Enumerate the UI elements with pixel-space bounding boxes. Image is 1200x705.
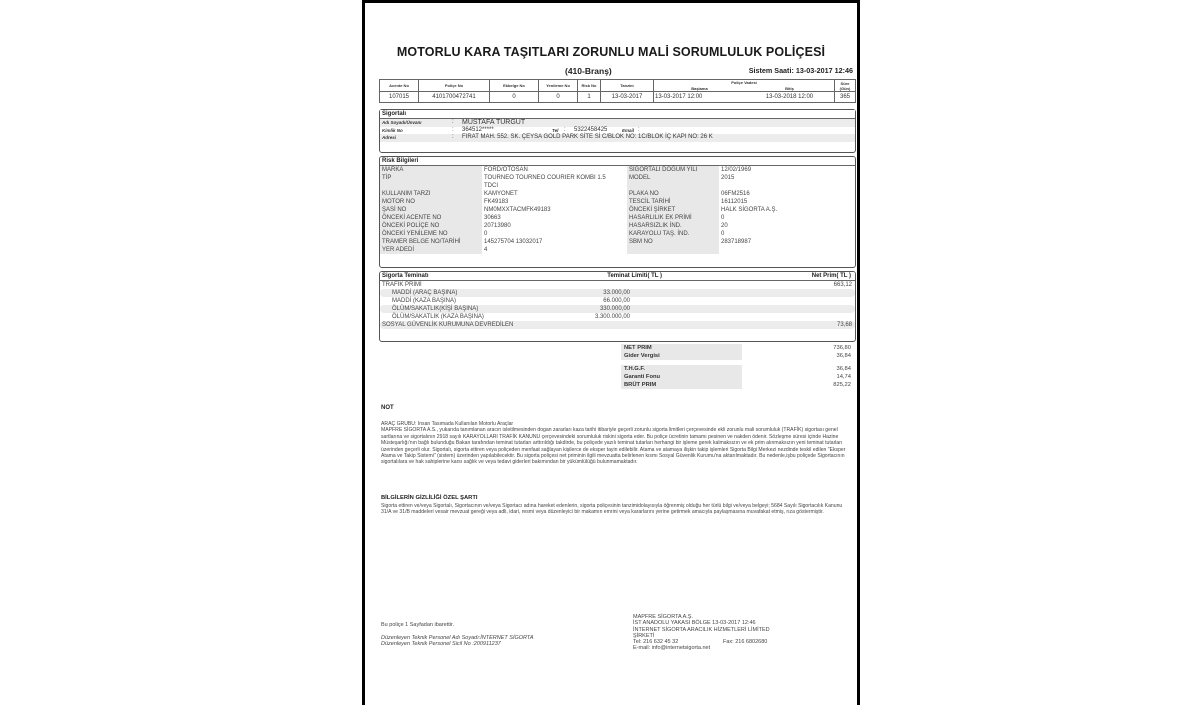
coverage-header-name: Sigorta Teminatı — [382, 273, 582, 279]
risk-label — [627, 182, 719, 190]
risk-value — [719, 246, 721, 254]
risk-value: NM0MXXTACMFK49183 — [482, 206, 627, 214]
summary-row: Garanti Fonu14,74 — [621, 373, 855, 381]
coverage-name: TRAFİK PRİMİ — [380, 281, 580, 289]
risk-label: ÖNCEKİ ŞİRKET — [627, 206, 719, 214]
risk-label: SBM NO — [627, 238, 719, 246]
agency-fax: Fax: 216 6802680 — [723, 639, 767, 645]
risk-value: 145275704 13032017 — [482, 238, 627, 246]
colon: : — [452, 134, 462, 142]
coverage-header: Sigorta Teminatı Teminat Limiti( TL ) Ne… — [380, 272, 855, 281]
risk-section-title: Risk Bilgileri — [380, 157, 855, 166]
agency-email[interactable]: E-mail: info@internetsigorta.net — [633, 645, 833, 651]
policy-no: 4101700472741 — [419, 92, 490, 103]
risk-label: MARKA — [380, 166, 482, 174]
risk-label: MOTOR NO — [380, 198, 482, 206]
summary-value: 14,74 — [742, 373, 855, 381]
risk-value: 20713980 — [482, 222, 627, 230]
issue-date: 13-03-2017 — [601, 92, 654, 103]
summary-row: NET PRIM736,80 — [621, 344, 855, 352]
risk-row: TİPTOURNEO TOURNEO COURIER KOMBI 1.5MODE… — [380, 174, 855, 182]
id-label: Kimlik No — [380, 127, 452, 135]
footer-pages: Bu poliçe 1 Sayfadan ibarettir. — [381, 622, 454, 628]
staff-name: Düzenleyen Teknik Personel Adı Soyadı:İN… — [381, 635, 534, 641]
document-title: MOTORLU KARA TAŞITLARI ZORUNLU MALİ SORU… — [365, 45, 857, 59]
risk-value: FORD/OTOSAN — [482, 166, 627, 174]
insured-name-row: Adı Soyadı/Ünvanı : MUSTAFA TURGUT — [380, 119, 855, 127]
risk-label — [380, 182, 482, 190]
coverage-name: MADDİ (KAZA BAŞINA) — [380, 297, 580, 305]
risk-row: ÖNCEKİ ACENTE NO30663HASARLILIK EK PRİMİ… — [380, 214, 855, 222]
risk-value: 20 — [719, 222, 728, 230]
risk-row: MOTOR NOFK49183TESCİL TARİHİ16112015 — [380, 198, 855, 206]
insured-name: MUSTAFA TURGUT — [462, 119, 525, 127]
notes-text: ARAÇ GRUBU: Insan Tasımada Kullanılan Mo… — [381, 421, 851, 466]
risk-no: 1 — [578, 92, 601, 103]
premium-summary: NET PRIM736,80Gider Vergisi36,84T.H.G.F.… — [621, 344, 855, 389]
risk-label: TESCİL TARİHİ — [627, 198, 719, 206]
coverage-limit: 33.000,00 — [580, 289, 630, 297]
coverage-name: ÖLÜM/SAKATLIK (KAZA BAŞINA) — [380, 313, 580, 321]
duration-days: 365 — [835, 92, 856, 103]
risk-row: KULLANIM TARZIKAMYONETPLAKA NO06FM2516 — [380, 190, 855, 198]
summary-label: NET PRIM — [621, 344, 742, 352]
risk-label: KARAYOLU TAŞ. İND. — [627, 230, 719, 238]
agency-no: 107015 — [380, 92, 419, 103]
insured-section-title: Sigortalı — [380, 110, 855, 119]
name-label: Adı Soyadı/Ünvanı — [380, 119, 452, 127]
summary-row: BRÜT PRIM825,22 — [621, 381, 855, 389]
coverage-row: ÖLÜM/SAKATLIK (KAZA BAŞINA)3.300.000,00 — [380, 313, 855, 321]
risk-label: YER ADEDİ — [380, 246, 482, 254]
coverage-row: SOSYAL GÜVENLİK KURUMUNA DEVREDİLEN73,68 — [380, 321, 855, 329]
renewal-no: 0 — [539, 92, 578, 103]
coverage-section: Sigorta Teminatı Teminat Limiti( TL ) Ne… — [379, 271, 856, 342]
summary-value: 36,84 — [742, 365, 855, 373]
notes-body: MAPFRE SİGORTA A.S., yukarıda tanımlanan… — [381, 427, 851, 465]
risk-label — [627, 246, 719, 254]
header-risk-no: Risk No — [578, 80, 601, 92]
colon: : — [452, 119, 462, 127]
coverage-limit — [580, 281, 630, 289]
colon: : — [452, 127, 462, 135]
coverage-premium — [630, 289, 855, 297]
risk-value: 30663 — [482, 214, 627, 222]
risk-value: 0 — [482, 230, 627, 238]
risk-section: Risk Bilgileri MARKAFORD/OTOSANSİGORTALI… — [379, 156, 856, 268]
risk-row: TRAMER BELGE NO/TARİHİ145275704 13032017… — [380, 238, 855, 246]
risk-value: 283718987 — [719, 238, 751, 246]
risk-label: KULLANIM TARZI — [380, 190, 482, 198]
risk-row: TDCI — [380, 182, 855, 190]
coverage-row: MADDİ (ARAÇ BAŞINA)33.000,00 — [380, 289, 855, 297]
insured-section: Sigortalı Adı Soyadı/Ünvanı : MUSTAFA TU… — [379, 109, 856, 153]
summary-label: T.H.G.F. — [621, 365, 742, 373]
coverage-name: ÖLÜM/SAKATLIK(KİŞİ BAŞINA) — [380, 305, 580, 313]
policy-page: MOTORLU KARA TAŞITLARI ZORUNLU MALİ SORU… — [362, 0, 860, 705]
risk-value — [719, 182, 721, 190]
endorsement-no: 0 — [490, 92, 539, 103]
header-renewal-no: Yenileme No — [539, 80, 578, 92]
coverage-row: MADDİ (KAZA BAŞINA)66.000,00 — [380, 297, 855, 305]
risk-row: ÖNCEKİ POLİÇE NO20713980HASARSIZLIK İND.… — [380, 222, 855, 230]
risk-row: ÖNCEKİ YENİLEME NO0KARAYOLU TAŞ. İND.0 — [380, 230, 855, 238]
risk-label: SİGORTALI DOĞUM YILI — [627, 166, 719, 174]
summary-value: 825,22 — [742, 381, 855, 389]
coverage-header-limit: Teminat Limiti( TL ) — [582, 273, 662, 279]
notes-title: NOT — [381, 405, 394, 411]
summary-value: 736,80 — [742, 344, 855, 352]
risk-label: ÖNCEKİ POLİÇE NO — [380, 222, 482, 230]
coverage-name: SOSYAL GÜVENLİK KURUMUNA DEVREDİLEN — [380, 321, 580, 329]
risk-value: 12/02/1969 — [719, 166, 751, 174]
risk-value: HALK SİGORTA A.Ş. — [719, 206, 777, 214]
coverage-limit: 330.000,00 — [580, 305, 630, 313]
coverage-premium — [630, 297, 855, 305]
risk-label: TİP — [380, 174, 482, 182]
risk-label: MODEL — [627, 174, 719, 182]
system-time: Sistem Saati: 13-03-2017 12:46 — [749, 66, 853, 75]
coverage-premium: 73,68 — [630, 321, 855, 329]
risk-label: HASARSIZLIK İND. — [627, 222, 719, 230]
risk-value: 0 — [719, 230, 724, 238]
risk-value: KAMYONET — [482, 190, 627, 198]
insured-address: FIRAT MAH. 552. SK. ÇEYSA GOLD PARK SİTE… — [462, 134, 713, 142]
privacy-title: BİLGİLERİN GİZLİLİĞİ ÖZEL ŞARTI — [381, 495, 478, 501]
start-date: 13-03-2017 12:00 — [654, 92, 745, 103]
privacy-body: Sigorta ettiren ve/veya Sigortalı, Sigor… — [381, 503, 851, 516]
summary-label: Garanti Fonu — [621, 373, 742, 381]
risk-value: 06FM2516 — [719, 190, 750, 198]
risk-label: HASARLILIK EK PRİMİ — [627, 214, 719, 222]
header-agency-no: Acente No — [380, 80, 419, 92]
end-date: 13-03-2018 12:00 — [745, 92, 835, 103]
summary-label: Gider Vergisi — [621, 352, 742, 360]
risk-value: 0 — [719, 214, 724, 222]
risk-value: 2015 — [719, 174, 734, 182]
policy-info-table: Acente No Poliçe No Ekbelge No Yenileme … — [379, 79, 856, 103]
coverage-limit: 66.000,00 — [580, 297, 630, 305]
staff-reg: Düzenleyen Teknik Personel Sicil No :200… — [381, 641, 501, 647]
coverage-premium: 663,12 — [630, 281, 855, 289]
risk-value: TOURNEO TOURNEO COURIER KOMBI 1.5 — [482, 174, 627, 182]
insured-address-row: Adresi : FIRAT MAH. 552. SK. ÇEYSA GOLD … — [380, 134, 855, 142]
coverage-name: MADDİ (ARAÇ BAŞINA) — [380, 289, 580, 297]
risk-label: ÖNCEKİ ACENTE NO — [380, 214, 482, 222]
risk-value: FK49183 — [482, 198, 627, 206]
risk-label: PLAKA NO — [627, 190, 719, 198]
address-label: Adresi — [380, 134, 452, 142]
header-endorsement-no: Ekbelge No — [490, 80, 539, 92]
summary-value: 36,84 — [742, 352, 855, 360]
coverage-limit: 3.300.000,00 — [580, 313, 630, 321]
risk-value: TDCI — [482, 182, 627, 190]
coverage-header-premium: Net Prim( TL ) — [662, 273, 853, 279]
risk-row: YER ADEDİ4 — [380, 246, 855, 254]
branch-label: (410-Branş) — [565, 66, 612, 76]
summary-row: T.H.G.F.36,84 — [621, 365, 855, 373]
risk-label: TRAMER BELGE NO/TARİHİ — [380, 238, 482, 246]
summary-row: Gider Vergisi36,84 — [621, 352, 855, 360]
coverage-row: ÖLÜM/SAKATLIK(KİŞİ BAŞINA)330.000,00 — [380, 305, 855, 313]
risk-value: 4 — [482, 246, 627, 254]
header-duration: Süre (Gün) — [835, 80, 856, 92]
risk-value: 16112015 — [719, 198, 747, 206]
coverage-premium — [630, 305, 855, 313]
risk-label: ŞASİ NO — [380, 206, 482, 214]
risk-row: MARKAFORD/OTOSANSİGORTALI DOĞUM YILI12/0… — [380, 166, 855, 174]
header-issue: Tanzim — [601, 80, 654, 92]
summary-label: BRÜT PRIM — [621, 381, 742, 389]
coverage-premium — [630, 313, 855, 321]
footer-company: MAPFRE SİGORTA A.Ş. İST ANADOLU YAKASI B… — [633, 614, 833, 652]
risk-row: ŞASİ NONM0MXXTACMFK49183ÖNCEKİ ŞİRKETHAL… — [380, 206, 855, 214]
coverage-limit — [580, 321, 630, 329]
coverage-row: TRAFİK PRİMİ663,12 — [380, 281, 855, 289]
risk-label: ÖNCEKİ YENİLEME NO — [380, 230, 482, 238]
header-policy-no: Poliçe No — [419, 80, 490, 92]
footer-staff: Düzenleyen Teknik Personel Adı Soyadı:İN… — [381, 635, 534, 648]
